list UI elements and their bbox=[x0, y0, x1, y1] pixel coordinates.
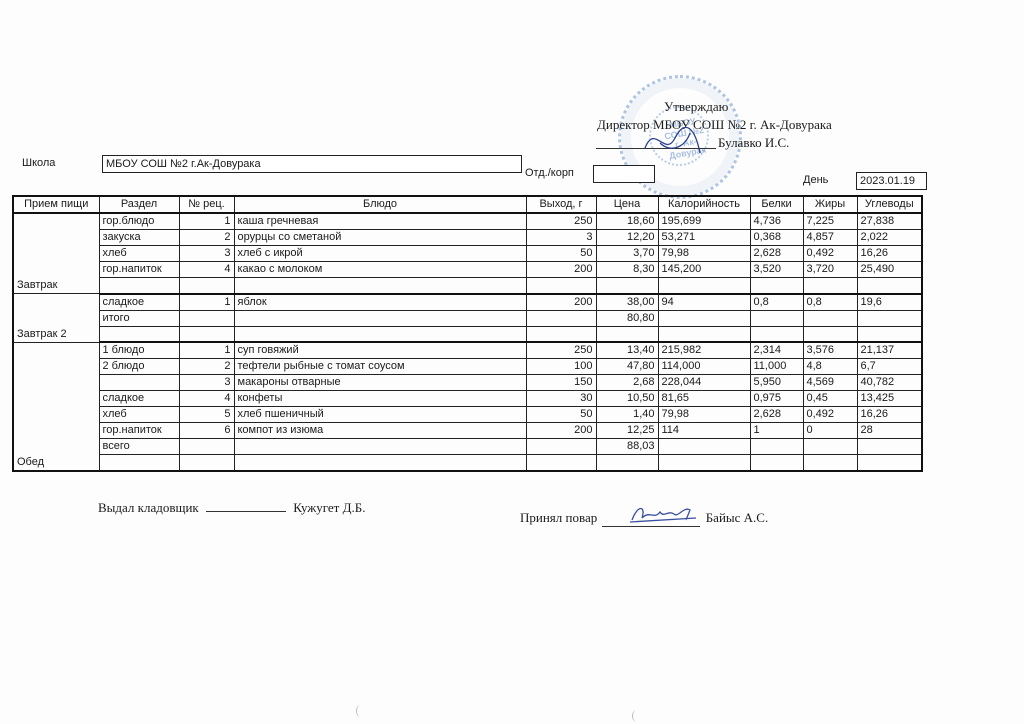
table-row bbox=[13, 326, 922, 342]
cell-fat bbox=[803, 326, 857, 342]
cell-section: итого bbox=[99, 310, 179, 326]
col-header-protein: Белки bbox=[750, 196, 803, 213]
cell-output: 3 bbox=[526, 230, 596, 246]
cell-dish: какао с молоком bbox=[234, 262, 526, 278]
cell-calories: 79,98 bbox=[658, 407, 750, 423]
cell-carbs bbox=[857, 310, 922, 326]
issued-label: Выдал кладовщик bbox=[98, 500, 199, 515]
table-row bbox=[13, 455, 922, 471]
cell-protein: 2,314 bbox=[750, 342, 803, 359]
cell-fat: 0,492 bbox=[803, 246, 857, 262]
cell-calories: 94 bbox=[658, 294, 750, 311]
cell-fat: 3,576 bbox=[803, 342, 857, 359]
cell-recipe: 1 bbox=[179, 213, 234, 230]
issued-name: Кужугет Д.Б. bbox=[293, 500, 365, 515]
cell-dish: орурцы со сметаной bbox=[234, 230, 526, 246]
cell-recipe bbox=[179, 439, 234, 455]
cell-output bbox=[526, 455, 596, 471]
cell-output bbox=[526, 278, 596, 294]
cell-protein: 3,520 bbox=[750, 262, 803, 278]
cell-carbs: 16,26 bbox=[857, 246, 922, 262]
cell-price: 8,30 bbox=[596, 262, 658, 278]
col-header-dish: Блюдо bbox=[234, 196, 526, 213]
cell-dish bbox=[234, 439, 526, 455]
cell-calories: 228,044 bbox=[658, 375, 750, 391]
cell-section: 2 блюдо bbox=[99, 359, 179, 375]
col-header-output: Выход, г bbox=[526, 196, 596, 213]
issued-by: Выдал кладовщик Кужугет Д.Б. bbox=[98, 500, 365, 516]
cell-fat: 3,720 bbox=[803, 262, 857, 278]
cell-price: 3,70 bbox=[596, 246, 658, 262]
cell-section: сладкое bbox=[99, 391, 179, 407]
cell-dish: хлеб с икрой bbox=[234, 246, 526, 262]
cell-output: 250 bbox=[526, 213, 596, 230]
approval-position: Директор МБОУ СОШ №2 г. Ак-Довурака bbox=[597, 117, 832, 133]
col-header-meal: Прием пищи bbox=[13, 196, 99, 213]
cell-fat: 0 bbox=[803, 423, 857, 439]
cell-recipe: 5 bbox=[179, 407, 234, 423]
col-header-carbs: Углеводы bbox=[857, 196, 922, 213]
received-label: Принял повар bbox=[520, 510, 597, 525]
received-name: Байыс А.С. bbox=[706, 510, 769, 525]
cell-dish: суп говяжий bbox=[234, 342, 526, 359]
cell-section: закуска bbox=[99, 230, 179, 246]
table-row: Обед1 блюдо1суп говяжий25013,40215,9822,… bbox=[13, 342, 922, 359]
cell-dish: конфеты bbox=[234, 391, 526, 407]
cell-calories: 114,000 bbox=[658, 359, 750, 375]
cell-carbs: 25,490 bbox=[857, 262, 922, 278]
cell-calories: 53,271 bbox=[658, 230, 750, 246]
cell-section: гор.напиток bbox=[99, 423, 179, 439]
cell-dish: каша гречневая bbox=[234, 213, 526, 230]
cell-calories: 195,699 bbox=[658, 213, 750, 230]
received-signature-line bbox=[602, 510, 700, 527]
cell-section: сладкое bbox=[99, 294, 179, 311]
cell-carbs: 19,6 bbox=[857, 294, 922, 311]
cell-recipe bbox=[179, 310, 234, 326]
cell-section bbox=[99, 326, 179, 342]
table-row: закуска2орурцы со сметаной312,2053,2710,… bbox=[13, 230, 922, 246]
col-header-price: Цена bbox=[596, 196, 658, 213]
cell-price: 1,40 bbox=[596, 407, 658, 423]
cell-dish: макароны отварные bbox=[234, 375, 526, 391]
cell-protein: 5,950 bbox=[750, 375, 803, 391]
cell-carbs: 27,838 bbox=[857, 213, 922, 230]
cell-carbs: 21,137 bbox=[857, 342, 922, 359]
cell-calories: 79,98 bbox=[658, 246, 750, 262]
table-row: хлеб3хлеб с икрой503,7079,982,6280,49216… bbox=[13, 246, 922, 262]
cell-price: 12,20 bbox=[596, 230, 658, 246]
cell-price: 18,60 bbox=[596, 213, 658, 230]
menu-table-body: Завтракгор.блюдо1каша гречневая25018,601… bbox=[13, 213, 922, 471]
cell-protein: 0,975 bbox=[750, 391, 803, 407]
cell-fat bbox=[803, 439, 857, 455]
cell-fat: 0,492 bbox=[803, 407, 857, 423]
cell-protein bbox=[750, 439, 803, 455]
cell-output: 50 bbox=[526, 246, 596, 262]
table-header-row: Прием пищи Раздел № рец. Блюдо Выход, г … bbox=[13, 196, 922, 213]
cell-calories bbox=[658, 439, 750, 455]
cell-price: 12,25 bbox=[596, 423, 658, 439]
cell-carbs: 16,26 bbox=[857, 407, 922, 423]
col-header-fat: Жиры bbox=[803, 196, 857, 213]
cell-fat bbox=[803, 310, 857, 326]
cell-fat: 7,225 bbox=[803, 213, 857, 230]
issued-signature-line bbox=[206, 511, 286, 512]
cell-output: 150 bbox=[526, 375, 596, 391]
received-by: Принял повар Байыс А.С. bbox=[520, 510, 768, 527]
cell-recipe: 1 bbox=[179, 342, 234, 359]
cell-price: 88,03 bbox=[596, 439, 658, 455]
day-field[interactable]: 2023.01.19 bbox=[856, 172, 927, 190]
cell-recipe: 3 bbox=[179, 375, 234, 391]
cell-fat bbox=[803, 455, 857, 471]
cell-carbs bbox=[857, 455, 922, 471]
cell-protein bbox=[750, 278, 803, 294]
cell-section: всего bbox=[99, 439, 179, 455]
cell-dish: хлеб пшеничный bbox=[234, 407, 526, 423]
table-row: Завтрак 2сладкое1яблок20038,00940,80,819… bbox=[13, 294, 922, 311]
cell-section bbox=[99, 455, 179, 471]
cell-calories: 81,65 bbox=[658, 391, 750, 407]
table-row: Завтракгор.блюдо1каша гречневая25018,601… bbox=[13, 213, 922, 230]
cell-section: гор.блюдо bbox=[99, 213, 179, 230]
cell-output: 200 bbox=[526, 294, 596, 311]
cell-price: 2,68 bbox=[596, 375, 658, 391]
cell-output bbox=[526, 326, 596, 342]
cell-recipe bbox=[179, 455, 234, 471]
cell-output: 30 bbox=[526, 391, 596, 407]
cell-meal: Завтрак bbox=[13, 213, 99, 294]
cell-output: 50 bbox=[526, 407, 596, 423]
cell-recipe: 3 bbox=[179, 246, 234, 262]
table-row: итого80,80 bbox=[13, 310, 922, 326]
cell-price: 47,80 bbox=[596, 359, 658, 375]
col-header-section: Раздел bbox=[99, 196, 179, 213]
cell-protein: 11,000 bbox=[750, 359, 803, 375]
cell-meal: Завтрак 2 bbox=[13, 294, 99, 343]
cell-section: хлеб bbox=[99, 246, 179, 262]
cell-price bbox=[596, 278, 658, 294]
cook-signature bbox=[628, 504, 700, 526]
cell-price bbox=[596, 455, 658, 471]
cell-section bbox=[99, 278, 179, 294]
cell-carbs: 2,022 bbox=[857, 230, 922, 246]
cell-output bbox=[526, 439, 596, 455]
cell-protein: 2,628 bbox=[750, 246, 803, 262]
cell-price: 80,80 bbox=[596, 310, 658, 326]
cell-protein: 2,628 bbox=[750, 407, 803, 423]
scan-artifact bbox=[356, 705, 365, 717]
cell-protein: 4,736 bbox=[750, 213, 803, 230]
cell-fat bbox=[803, 278, 857, 294]
cell-price: 10,50 bbox=[596, 391, 658, 407]
table-row bbox=[13, 278, 922, 294]
school-label: Школа bbox=[22, 157, 55, 169]
school-field[interactable]: МБОУ СОШ №2 г.Ак-Довурака bbox=[102, 155, 522, 173]
cell-section: гор.напиток bbox=[99, 262, 179, 278]
cell-dish bbox=[234, 326, 526, 342]
cell-carbs: 6,7 bbox=[857, 359, 922, 375]
cell-calories bbox=[658, 326, 750, 342]
col-header-calories: Калорийность bbox=[658, 196, 750, 213]
cell-recipe bbox=[179, 326, 234, 342]
cell-output: 100 bbox=[526, 359, 596, 375]
dept-field[interactable] bbox=[593, 165, 655, 183]
dept-label: Отд./корп bbox=[525, 167, 574, 179]
col-header-recipe: № рец. bbox=[179, 196, 234, 213]
cell-dish bbox=[234, 278, 526, 294]
scan-artifact bbox=[632, 710, 641, 722]
director-signature bbox=[640, 118, 710, 163]
approval-title: Утверждаю bbox=[664, 99, 728, 115]
cell-dish: яблок bbox=[234, 294, 526, 311]
cell-calories: 215,982 bbox=[658, 342, 750, 359]
approval-name: Булавко И.С. bbox=[718, 135, 789, 151]
cell-protein: 0,368 bbox=[750, 230, 803, 246]
menu-table: Прием пищи Раздел № рец. Блюдо Выход, г … bbox=[12, 195, 923, 472]
cell-dish bbox=[234, 455, 526, 471]
cell-section bbox=[99, 375, 179, 391]
cell-calories bbox=[658, 278, 750, 294]
cell-carbs: 40,782 bbox=[857, 375, 922, 391]
cell-fat: 0,8 bbox=[803, 294, 857, 311]
cell-calories: 114 bbox=[658, 423, 750, 439]
cell-fat: 4,569 bbox=[803, 375, 857, 391]
table-row: сладкое4конфеты3010,5081,650,9750,4513,4… bbox=[13, 391, 922, 407]
cell-protein bbox=[750, 326, 803, 342]
cell-carbs bbox=[857, 439, 922, 455]
cell-recipe bbox=[179, 278, 234, 294]
cell-fat: 0,45 bbox=[803, 391, 857, 407]
cell-recipe: 2 bbox=[179, 359, 234, 375]
cell-calories: 145,200 bbox=[658, 262, 750, 278]
cell-dish bbox=[234, 310, 526, 326]
cell-dish: компот из изюма bbox=[234, 423, 526, 439]
cell-fat: 4,857 bbox=[803, 230, 857, 246]
cell-recipe: 6 bbox=[179, 423, 234, 439]
cell-protein: 0,8 bbox=[750, 294, 803, 311]
cell-section: хлеб bbox=[99, 407, 179, 423]
cell-calories bbox=[658, 310, 750, 326]
cell-protein bbox=[750, 310, 803, 326]
cell-recipe: 2 bbox=[179, 230, 234, 246]
cell-output: 200 bbox=[526, 262, 596, 278]
cell-protein: 1 bbox=[750, 423, 803, 439]
cell-carbs bbox=[857, 278, 922, 294]
cell-fat: 4,8 bbox=[803, 359, 857, 375]
cell-meal: Обед bbox=[13, 342, 99, 471]
table-row: 3макароны отварные1502,68228,0445,9504,5… bbox=[13, 375, 922, 391]
table-row: гор.напиток6компот из изюма20012,2511410… bbox=[13, 423, 922, 439]
cell-protein bbox=[750, 455, 803, 471]
cell-recipe: 4 bbox=[179, 391, 234, 407]
cell-dish: тефтели рыбные с томат соусом bbox=[234, 359, 526, 375]
day-label: День bbox=[803, 174, 828, 186]
cell-output: 200 bbox=[526, 423, 596, 439]
table-row: 2 блюдо2тефтели рыбные с томат соусом100… bbox=[13, 359, 922, 375]
cell-recipe: 4 bbox=[179, 262, 234, 278]
cell-carbs: 13,425 bbox=[857, 391, 922, 407]
table-row: гор.напиток4какао с молоком2008,30145,20… bbox=[13, 262, 922, 278]
cell-output bbox=[526, 310, 596, 326]
cell-recipe: 1 bbox=[179, 294, 234, 311]
cell-price: 38,00 bbox=[596, 294, 658, 311]
cell-output: 250 bbox=[526, 342, 596, 359]
cell-price: 13,40 bbox=[596, 342, 658, 359]
cell-calories bbox=[658, 455, 750, 471]
cell-section: 1 блюдо bbox=[99, 342, 179, 359]
cell-price bbox=[596, 326, 658, 342]
cell-carbs: 28 bbox=[857, 423, 922, 439]
cell-carbs bbox=[857, 326, 922, 342]
table-row: хлеб5хлеб пшеничный501,4079,982,6280,492… bbox=[13, 407, 922, 423]
table-row: всего88,03 bbox=[13, 439, 922, 455]
